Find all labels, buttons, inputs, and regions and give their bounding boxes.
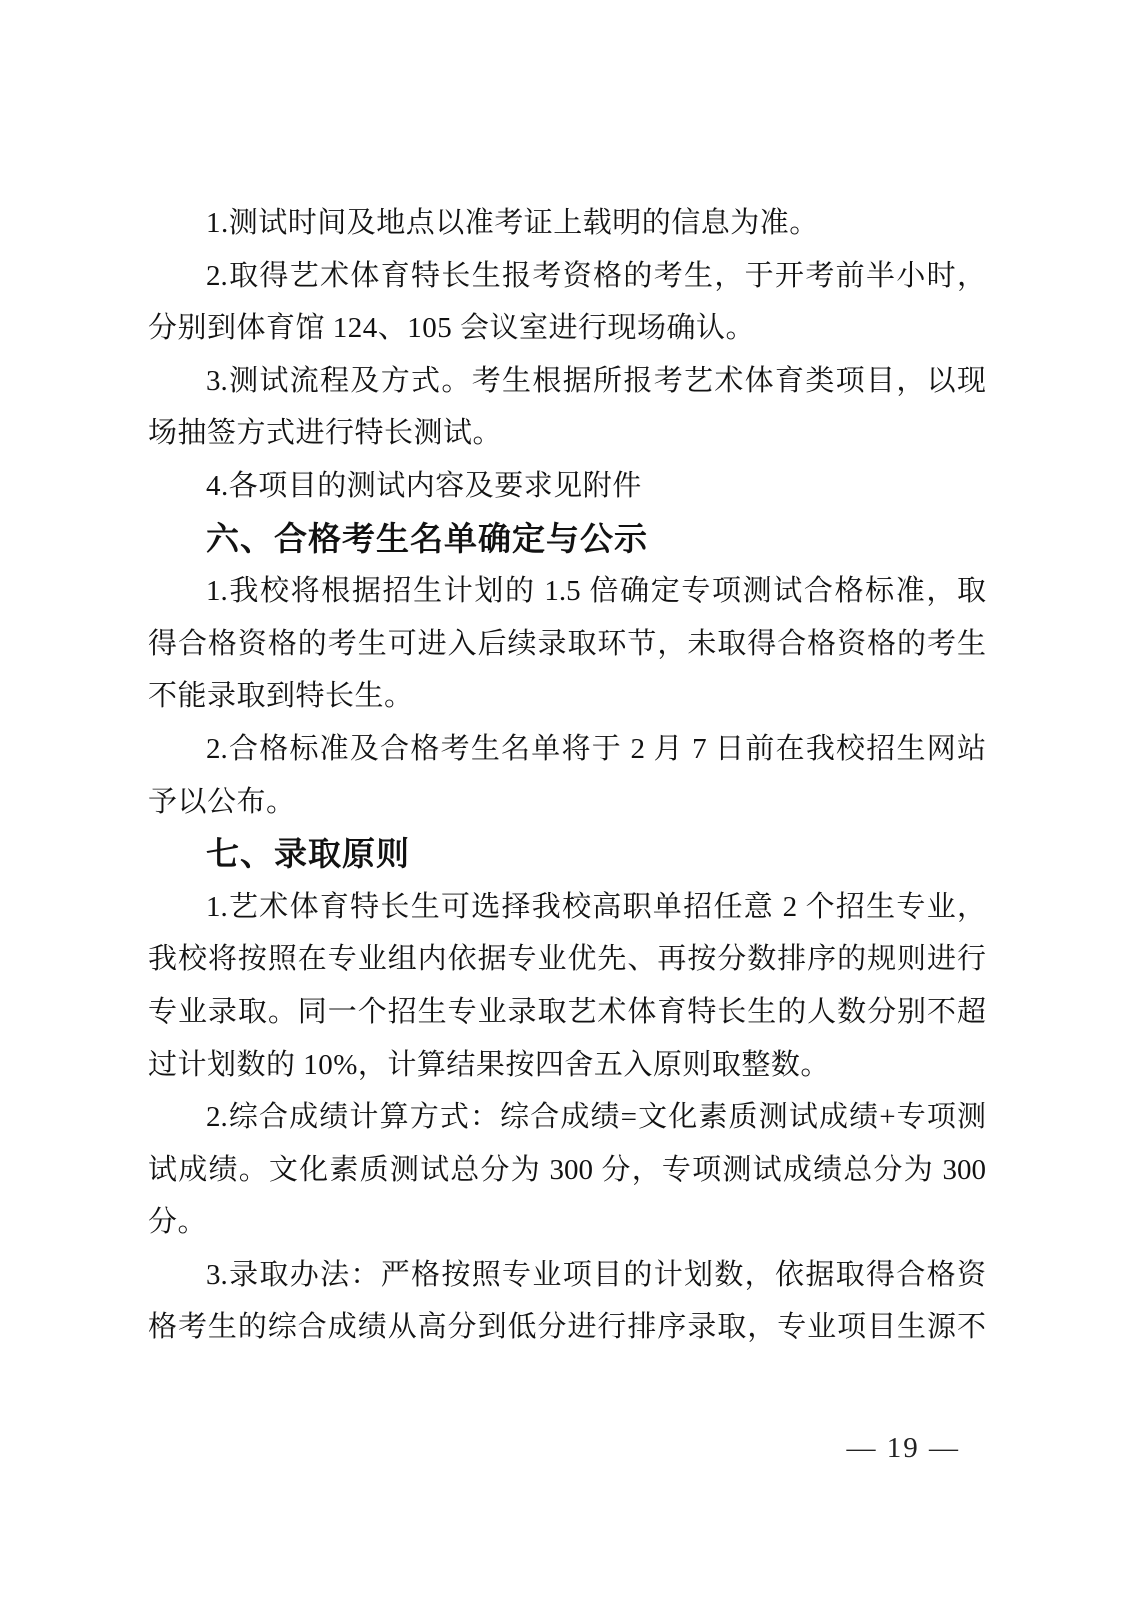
text-line: 1.艺术体育特长生可选择我校高职单招任意 2 个招生专业， [148, 881, 986, 934]
text-line: 场抽签方式进行特长测试。 [148, 407, 986, 460]
text-line: 得合格资格的考生可进入后续录取环节，未取得合格资格的考生 [148, 618, 986, 671]
text-line: 专业录取。同一个招生专业录取艺术体育特长生的人数分别不超 [148, 986, 986, 1039]
document-page: 1.测试时间及地点以准考证上载明的信息为准。2.取得艺术体育特长生报考资格的考生… [0, 0, 1131, 1600]
text-line: 2.综合成绩计算方式：综合成绩=文化素质测试成绩+专项测 [148, 1091, 986, 1144]
section-heading: 七、录取原则 [148, 828, 986, 881]
text-line: 试成绩。文化素质测试总分为 300 分，专项测试成绩总分为 300 [148, 1144, 986, 1197]
text-line: 3.测试流程及方式。考生根据所报考艺术体育类项目，以现 [148, 355, 986, 408]
page-number: — 19 — [847, 1422, 961, 1474]
text-line: 格考生的综合成绩从高分到低分进行排序录取，专业项目生源不 [148, 1301, 986, 1354]
document-lines: 1.测试时间及地点以准考证上载明的信息为准。2.取得艺术体育特长生报考资格的考生… [148, 197, 986, 1354]
text-line: 3.录取办法：严格按照专业项目的计划数，依据取得合格资 [148, 1249, 986, 1302]
text-line: 分别到体育馆 124、105 会议室进行现场确认。 [148, 302, 986, 355]
text-line: 我校将按照在专业组内依据专业优先、再按分数排序的规则进行 [148, 933, 986, 986]
text-line: 不能录取到特长生。 [148, 670, 986, 723]
section-heading: 六、合格考生名单确定与公示 [148, 513, 986, 566]
text-line: 1.测试时间及地点以准考证上载明的信息为准。 [148, 197, 986, 250]
text-line: 过计划数的 10%，计算结果按四舍五入原则取整数。 [148, 1039, 986, 1092]
text-line: 2.合格标准及合格考生名单将于 2 月 7 日前在我校招生网站 [148, 723, 986, 776]
text-line: 4.各项目的测试内容及要求见附件 [148, 460, 986, 513]
text-line: 予以公布。 [148, 776, 986, 829]
text-line: 1.我校将根据招生计划的 1.5 倍确定专项测试合格标准，取 [148, 565, 986, 618]
text-line: 2.取得艺术体育特长生报考资格的考生，于开考前半小时， [148, 250, 986, 303]
text-line: 分。 [148, 1196, 986, 1249]
